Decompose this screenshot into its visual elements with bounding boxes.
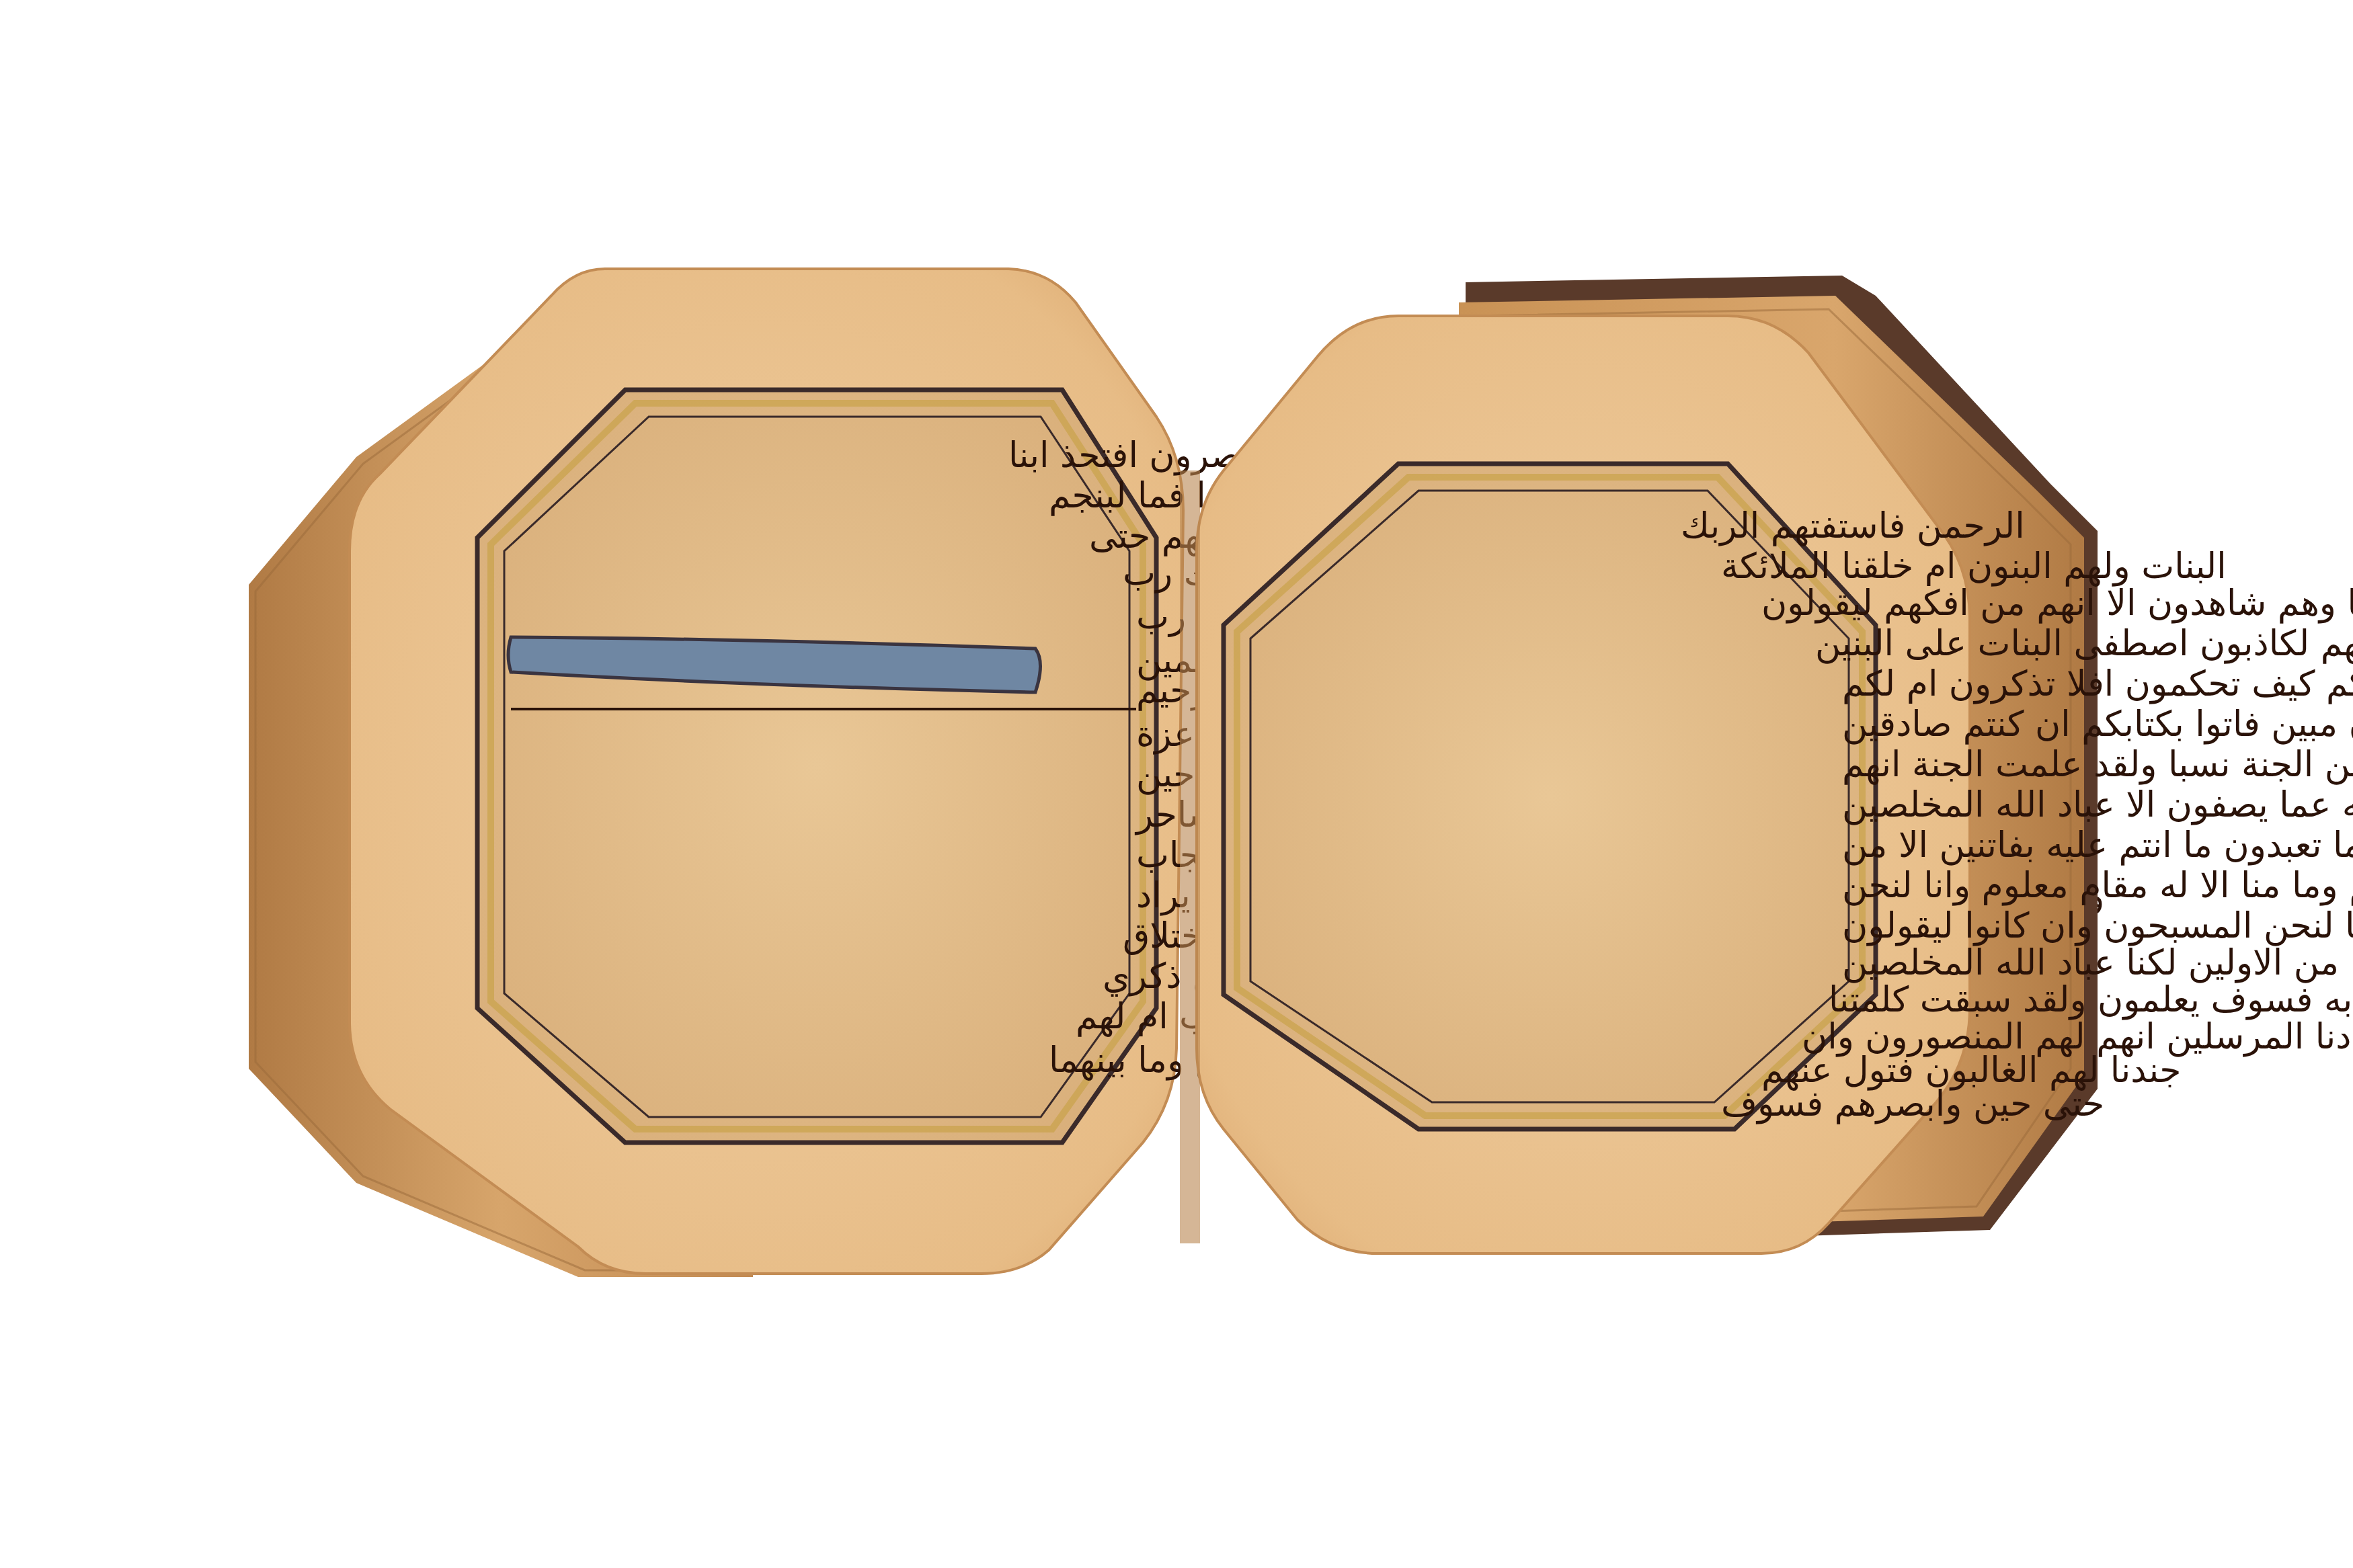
gutter [1180,470,1200,1243]
text-line: الرحمن فاستفتهم الربك [1681,506,2025,546]
text-line: لو ان عندنا ذكرا من الاولين لكنا عباد ال… [1842,943,2353,983]
text-line: حتى حين وابصرهم فسوف [1721,1084,2104,1124]
text-line: البنات ولهم البنون ام خلقنا الملائكة [1721,546,2227,587]
text-line: فكفروا به فسوف يعلمون ولقد سبقت كلمتنا [1829,980,2353,1020]
text-line: فانكم وما تعبدون ما انتم عليه بفاتنين ال… [1842,825,2353,866]
text-line: ولد الله وانهم لكاذبون اصطفى البنات على … [1815,624,2353,664]
text-line: الصافون وانا لنحن المسبحون وان كانوا ليق… [1842,906,2353,946]
text-line: لمحضرون سبحان الله عما يصفون الا عباد ال… [1842,785,2353,825]
manuscript-photo: بيصرون افتحذ ابنا ليتخذ نو نادا فما لبنج… [0,0,2353,1568]
text-line: وجعلوا بينه وبين الجنة نسبا ولقد علمت ال… [1842,745,2353,785]
right-page-group: الرحمن فاستفتهم الربك البنات ولهم البنون… [1197,276,2353,1253]
text-line: ما لكم كيف تحكمون افلا تذكرون ام لكم [1842,664,2353,704]
text-line: اناثا وهم شاهدون الا انهم من افكهم ليقول… [1761,583,2353,624]
text-line: سلطان مبين فاتوا بكتابكم ان كنتم صادقين [1842,704,2353,745]
text-line: هو صال الجحيم وما منا الا له مقام معلوم … [1842,866,2353,906]
